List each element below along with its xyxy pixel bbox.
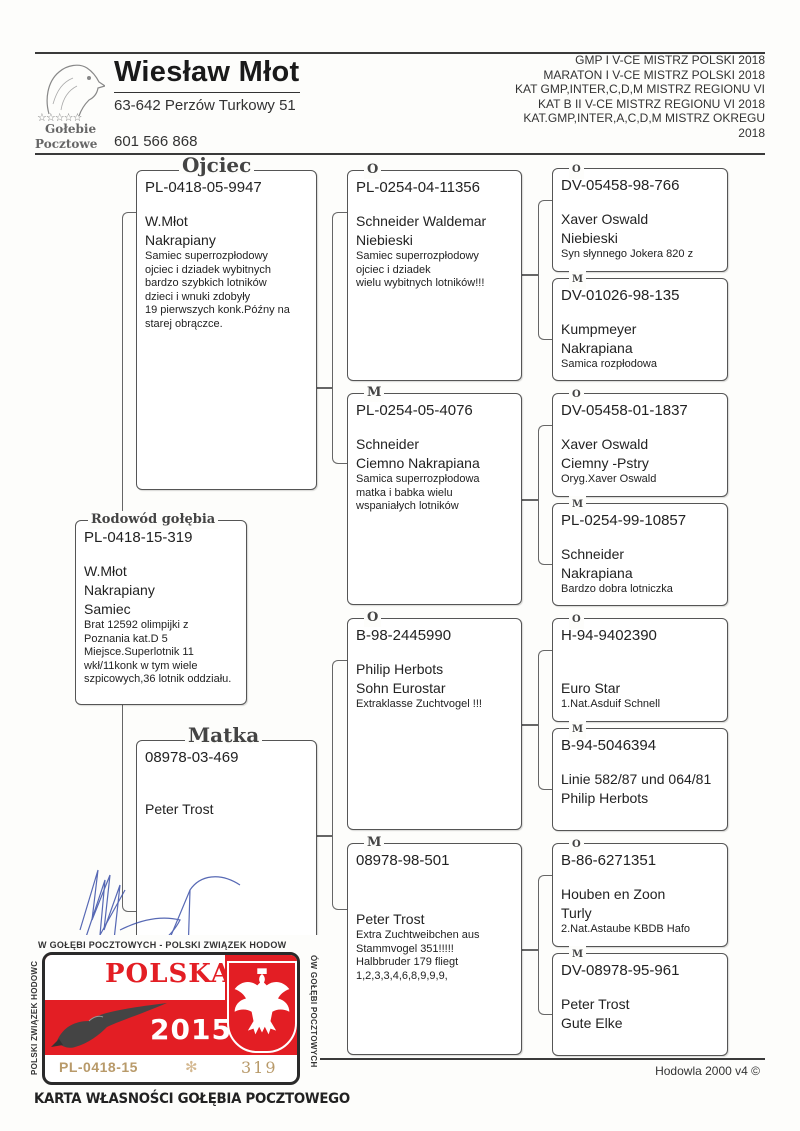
box-label: Ojciec: [179, 156, 254, 174]
breeder-name: Schneider: [561, 545, 719, 564]
achievement-line: GMP I V-CE MISTRZ POLSKI 2018: [465, 53, 765, 68]
stamp-arc-text-top: W GOŁĘBI POCZTOWYCH - POLSKI ZWIĄZEK HOD…: [38, 940, 286, 950]
ring-number: PL-0254-04-11356: [356, 179, 513, 196]
ownership-card-caption: KARTA WŁASNOŚCI GOŁĘBIA POCZTOWEGO: [34, 1091, 350, 1107]
ring-number: 08978-98-501: [356, 852, 513, 869]
description-line: 19 pierwszych konk.Późny na: [145, 304, 308, 318]
breeder-name: Philip Herbots: [356, 660, 513, 679]
description-line: wspaniałych lotników: [356, 500, 513, 514]
description-line: Samiec superrozpłodowy: [145, 250, 308, 264]
breeder-name: Kumpmeyer: [561, 320, 719, 339]
achievement-line: MARATON I V-CE MISTRZ POLSKI 2018: [465, 68, 765, 83]
achievement-line: KAT GMP,INTER,C,D,M MISTRZ REGIONU VI: [465, 82, 765, 97]
owner-address: 63-642 Perzów Turkowy 51: [114, 97, 296, 114]
connector-stub: [522, 724, 538, 726]
connector-stub: [317, 835, 332, 837]
subject-box: Rodowód gołębiaPL-0418-15-319W.MłotNakra…: [75, 520, 247, 705]
description-line: Oryg.Xaver Oswald: [561, 473, 719, 487]
logo-text-line1: Gołebie: [45, 122, 96, 136]
box-label: M: [364, 834, 384, 852]
description-line: Extra Zuchtweibchen aus: [356, 929, 513, 943]
logo-text-line2: Pocztowe: [35, 137, 97, 151]
description-line: bardzo szybkich lotników: [145, 277, 308, 291]
box-label: O: [569, 836, 584, 854]
ring-number: DV-05458-01-1837: [561, 402, 719, 419]
description-line: starej obrączce.: [145, 318, 308, 332]
description-line: Bardzo dobra lotniczka: [561, 583, 719, 597]
connector-stub: [317, 387, 332, 389]
color-variety: Niebieski: [561, 229, 719, 248]
stamp-arc-text-right: ÓW GOŁĘBI POCZTOWYCH: [309, 955, 318, 1068]
box-label: O: [569, 386, 584, 404]
country-label: POLSKA: [105, 959, 232, 989]
description-line: wkł/11konk w tym wiele: [84, 660, 238, 674]
achievement-titles: GMP I V-CE MISTRZ POLSKI 2018 MARATON I …: [465, 53, 765, 140]
color-variety: Nakrapiana: [561, 339, 719, 358]
breeder-name: Houben en Zoon: [561, 885, 719, 904]
breeder-name: [561, 660, 719, 679]
footer-rule: [320, 1058, 765, 1060]
father-box: OjciecPL-0418-05-9947W.MłotNakrapianySam…: [136, 170, 317, 490]
color-variety: Euro Star: [561, 679, 719, 698]
breeder-name: W.Młot: [145, 212, 308, 231]
description-line: 1.Nat.Asduif Schnell: [561, 698, 719, 712]
description-line: Stammvogel 351!!!!!: [356, 943, 513, 957]
great-grandparent-box: MDV-08978-95-961Peter TrostGute Elke: [552, 953, 728, 1056]
bracket-connector: [332, 212, 347, 464]
ring-prefix: PL-0418-15: [59, 1059, 138, 1075]
color-variety: Turly: [561, 904, 719, 923]
breeder-name: Xaver Oswald: [561, 210, 719, 229]
great-grandparent-box: ODV-05458-98-766Xaver OswaldNiebieskiSyn…: [552, 168, 728, 272]
color-variety: Nakrapiany: [145, 231, 308, 250]
connector-stub: [522, 949, 538, 951]
year-label: 2015: [150, 1013, 232, 1046]
description-line: Syn słynnego Jokera 820 z: [561, 248, 719, 262]
box-label: O: [569, 161, 584, 179]
great-grandparent-box: ODV-05458-01-1837Xaver OswaldCiemny -Pst…: [552, 393, 728, 497]
ring-number: B-98-2445990: [356, 627, 513, 644]
ring-number: 08978-03-469: [145, 749, 308, 766]
breeder-name: [356, 891, 513, 910]
ring-number: PL-0418-15-319: [84, 529, 238, 546]
ring-number: 319: [241, 1058, 278, 1077]
connector-stub: [522, 499, 538, 501]
description-line: ojciec i dziadek: [356, 264, 513, 278]
grandparent-box: OPL-0254-04-11356Schneider WaldemarNiebi…: [347, 170, 522, 381]
color-variety: Peter Trost: [356, 910, 513, 929]
grandparent-box: MPL-0254-05-4076SchneiderCiemno Nakrapia…: [347, 393, 522, 605]
description-line: 2.Nat.Astaube KBDB Hafo: [561, 923, 719, 937]
breeder-name: Schneider Waldemar: [356, 212, 513, 231]
ring-number: B-86-6271351: [561, 852, 719, 869]
owner-name: Wiesław Młot: [114, 56, 299, 89]
achievement-line: KAT.GMP,INTER,A,C,D,M MISTRZ OKREGU: [465, 111, 765, 126]
ring-number: PL-0254-99-10857: [561, 512, 719, 529]
color-variety: Gute Elke: [561, 1014, 719, 1033]
description-line: Samiec superrozpłodowy: [356, 250, 513, 264]
box-label: M: [569, 721, 586, 739]
pigeon-logo: ☆☆☆☆☆ Gołebie Pocztowe: [35, 58, 107, 153]
bracket-connector: [332, 660, 347, 910]
description-line: ojciec i dziadek wybitnych: [145, 264, 308, 278]
ring-number: PL-0418-05-9947: [145, 179, 308, 196]
color-variety: Nakrapiana: [561, 564, 719, 583]
color-variety: Nakrapiany: [84, 581, 238, 600]
ring-number: DV-01026-98-135: [561, 287, 719, 304]
description-line: Poznania kat.D 5: [84, 633, 238, 647]
box-label: O: [364, 609, 381, 627]
great-grandparent-box: MDV-01026-98-135KumpmeyerNakrapianaSamic…: [552, 278, 728, 381]
breeder-name: Peter Trost: [561, 995, 719, 1014]
breeder-name: Peter Trost: [145, 800, 308, 819]
description-line: 1,2,3,3,4,6,8,9,9,9,: [356, 970, 513, 984]
description-line: dzieci i wnuki zdobyły: [145, 291, 308, 305]
bracket-connector: [538, 650, 552, 790]
description-line: matka i babka wielu: [356, 487, 513, 501]
description-line: Miejsce.Superlotnik 11: [84, 646, 238, 660]
breeder-name: Xaver Oswald: [561, 435, 719, 454]
box-label: O: [364, 161, 381, 179]
description-line: Samica rozpłodowa: [561, 358, 719, 372]
description-line: Brat 12592 olimpijki z: [84, 619, 238, 633]
color-variety: Ciemno Nakrapiana: [356, 454, 513, 473]
box-label: Matka: [185, 726, 262, 744]
connector-stub: [522, 274, 538, 276]
breeder-name: Linie 582/87 und 064/81: [561, 770, 719, 789]
star-icon: ✻: [185, 1058, 198, 1076]
ring-number: B-94-5046394: [561, 737, 719, 754]
description-line: wielu wybitnych lotników!!!: [356, 277, 513, 291]
breeder-name: Schneider: [356, 435, 513, 454]
ring-number: DV-05458-98-766: [561, 177, 719, 194]
bracket-connector: [538, 875, 552, 1015]
owner-name-underline: [114, 92, 300, 93]
box-label: M: [569, 946, 586, 964]
color-variety: Sohn Eurostar: [356, 679, 513, 698]
bracket-connector: [538, 425, 552, 565]
bracket-connector: [538, 200, 552, 340]
grandparent-box: OB-98-2445990Philip HerbotsSohn Eurostar…: [347, 618, 522, 830]
color-variety: Ciemny -Pstry: [561, 454, 719, 473]
ring-number: PL-0254-05-4076: [356, 402, 513, 419]
box-label: M: [569, 271, 586, 289]
header-bottom-rule: [35, 153, 765, 155]
description-line: Extraklasse Zuchtvogel !!!: [356, 698, 513, 712]
achievement-line: KAT B II V-CE MISTRZ REGIONU VI 2018: [465, 97, 765, 112]
ring-number: DV-08978-95-961: [561, 962, 719, 979]
color-variety: Niebieski: [356, 231, 513, 250]
box-label: M: [364, 384, 384, 402]
grandparent-box: M08978-98-501 Peter TrostExtra Zuchtweib…: [347, 843, 522, 1055]
ring-number: H-94-9402390: [561, 627, 719, 644]
polish-eagle-icon: [227, 961, 297, 1053]
description-line: szpicowych,36 lotnik oddziału.: [84, 673, 238, 687]
description-line: Samica superrozpłodowa: [356, 473, 513, 487]
great-grandparent-box: MPL-0254-99-10857SchneiderNakrapianaBard…: [552, 503, 728, 606]
box-label: O: [569, 611, 584, 629]
great-grandparent-box: OB-86-6271351Houben en ZoonTurly2.Nat.As…: [552, 843, 728, 947]
breeder-name: W.Młot: [84, 562, 238, 581]
stamp-arc-text-left: POLSKI ZWIĄZEK HODOWC: [30, 961, 39, 1075]
box-label: M: [569, 496, 586, 514]
great-grandparent-box: OH-94-9402390 Euro Star1.Nat.Asduif Schn…: [552, 618, 728, 722]
software-credit: Hodowla 2000 v4 ©: [655, 1064, 760, 1078]
color-variety: Philip Herbots: [561, 789, 719, 808]
ownership-card-face: POLSKA 2015 PL-0418-15 ✻ 319: [42, 952, 300, 1085]
box-label: Rodowód gołębia: [88, 511, 218, 529]
description-line: Halbbruder 179 fliegt: [356, 956, 513, 970]
pigeon-head-icon: [43, 60, 105, 116]
color-variety: Samiec: [84, 600, 238, 619]
owner-phone: 601 566 868: [114, 133, 197, 150]
achievement-line: 2018: [465, 126, 765, 141]
ownership-card: W GOŁĘBI POCZTOWYCH - POLSKI ZWIĄZEK HOD…: [28, 935, 320, 1115]
great-grandparent-box: MB-94-5046394Linie 582/87 und 064/81Phil…: [552, 728, 728, 831]
